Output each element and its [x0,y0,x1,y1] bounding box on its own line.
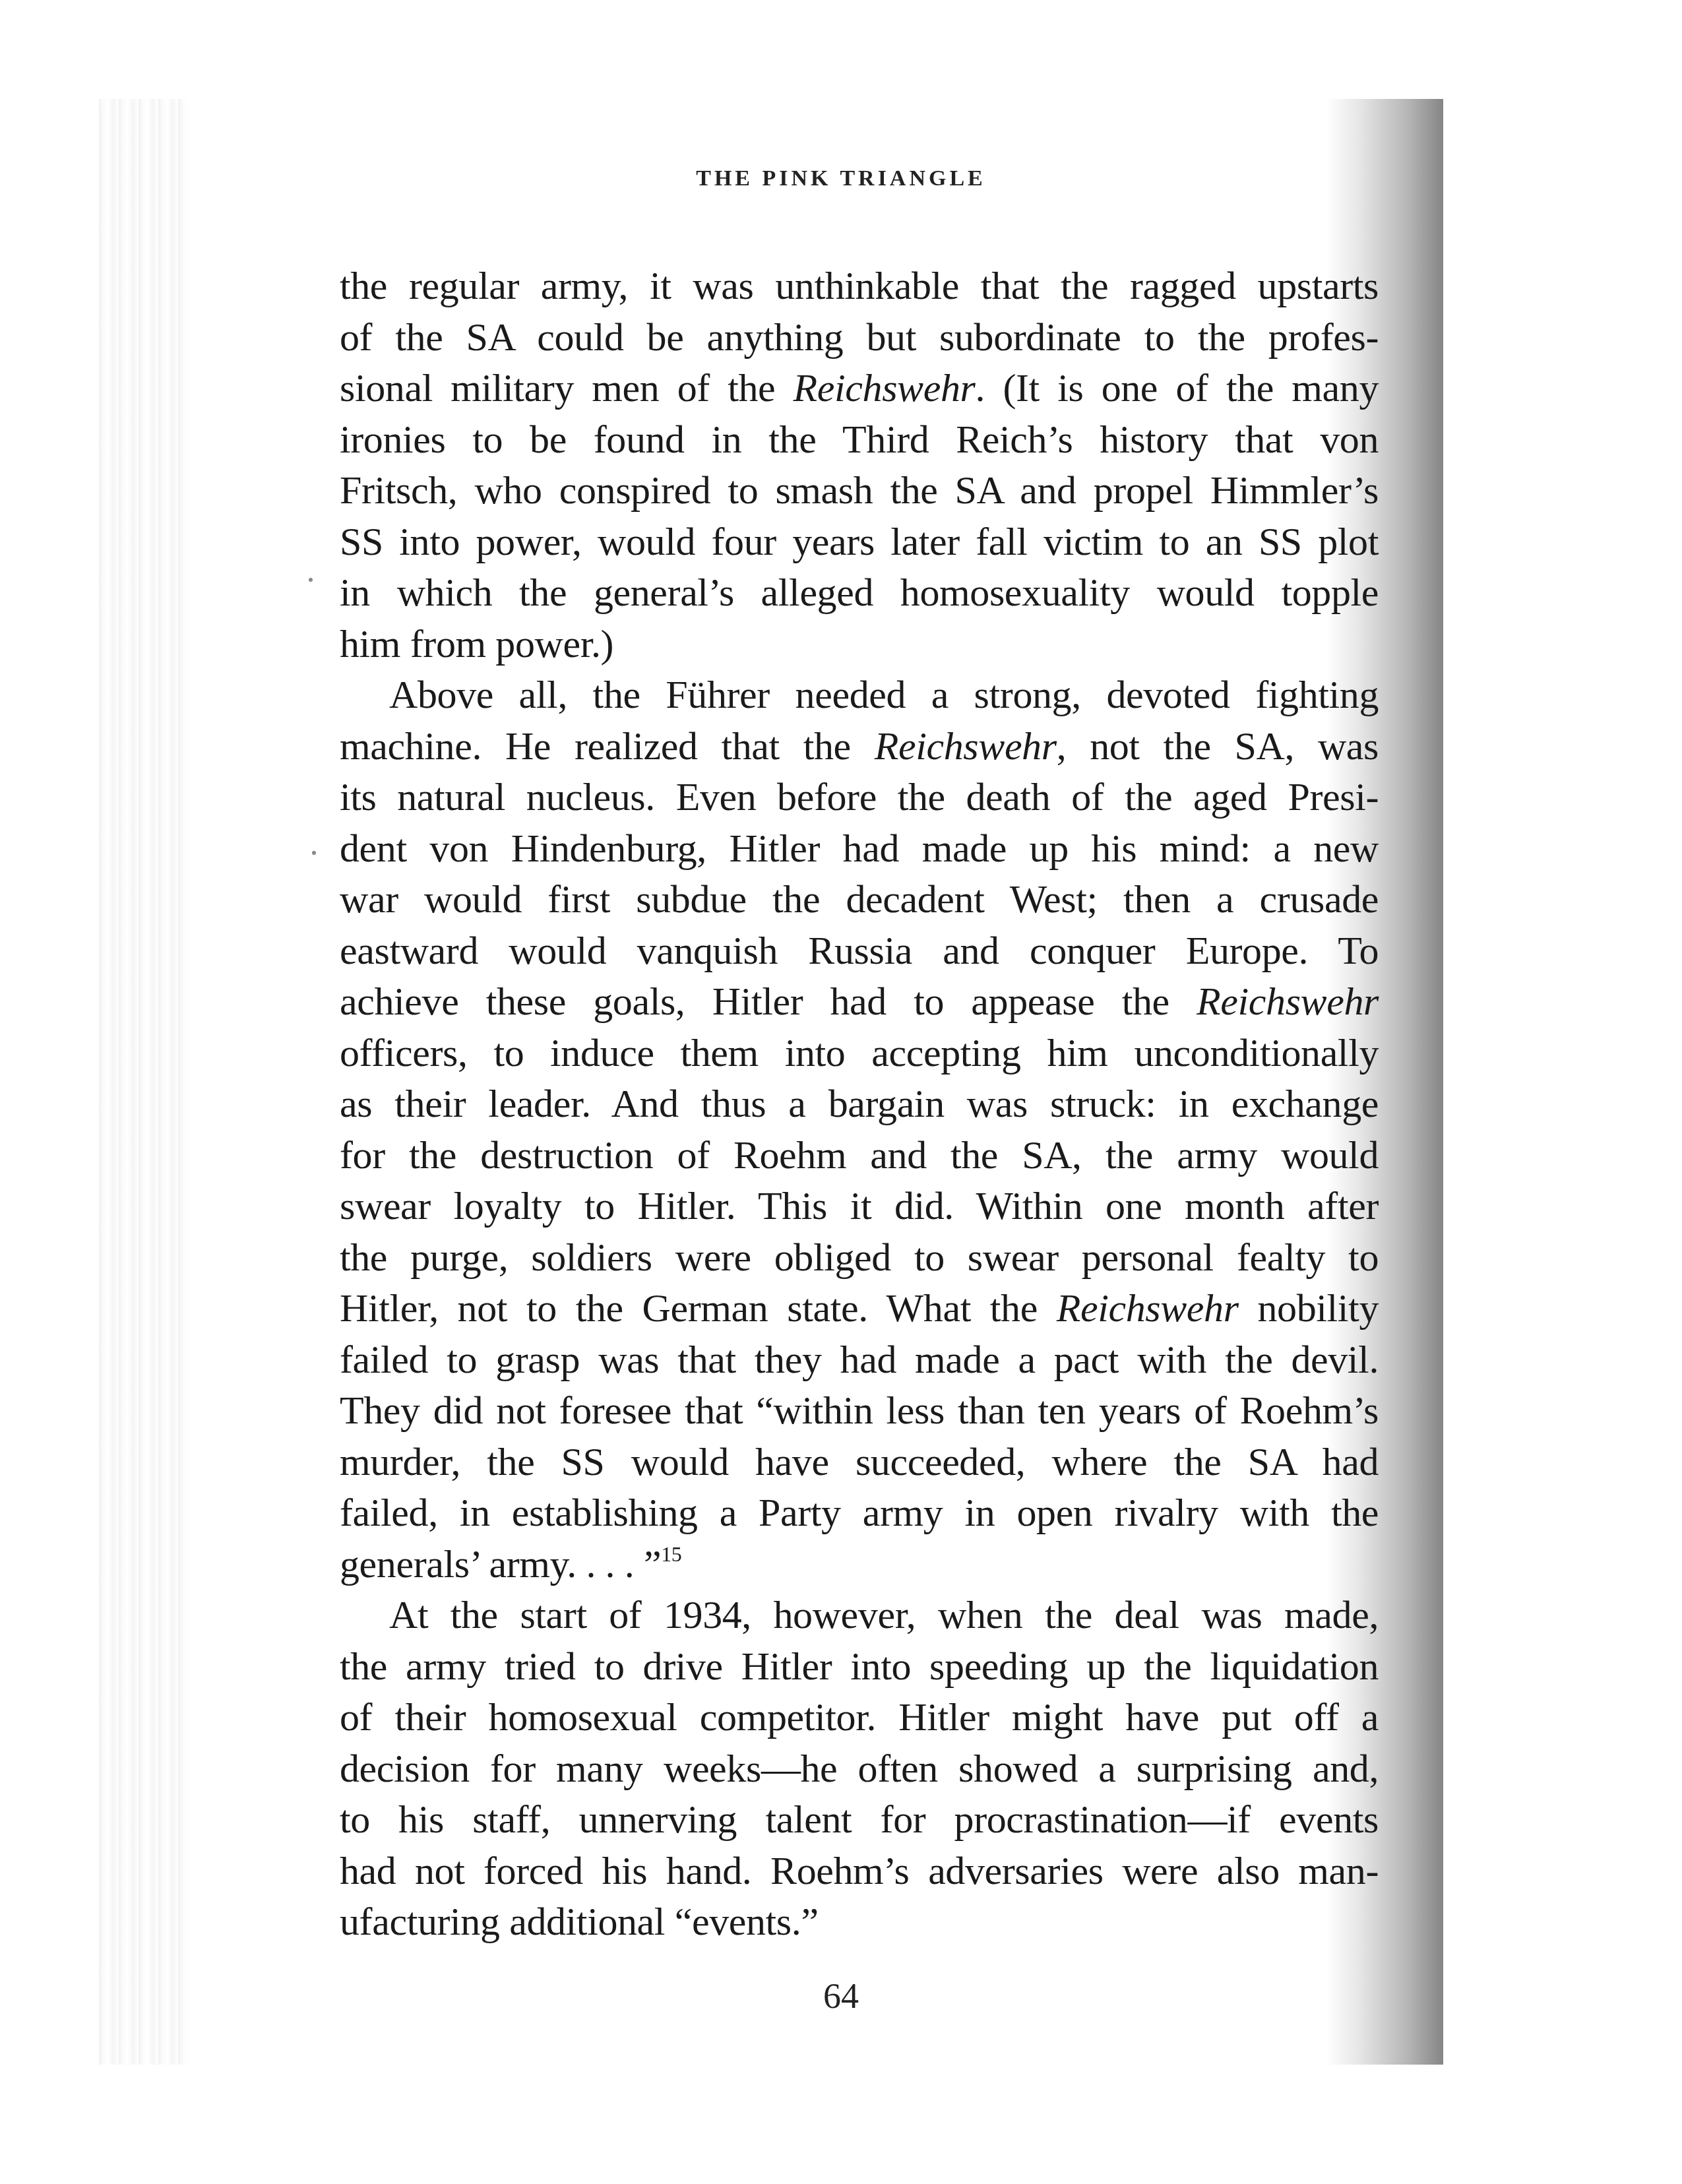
italic-term: Reichswehr [1057,1286,1239,1330]
text-line: had not forced his hand. Roehm’s adversa… [340,1846,1379,1897]
text-line: officers, to induce them into accepting … [340,1028,1379,1079]
text-line: At the start of 1934, however, when the … [340,1590,1379,1641]
stray-mark [312,851,316,855]
stray-mark [309,578,313,582]
text-line: machine. He realized that the Reichswehr… [340,721,1379,772]
text-line: of their homosexual competitor. Hitler m… [340,1692,1379,1743]
text-line: for the destruction of Roehm and the SA,… [340,1130,1379,1181]
running-head: THE PINK TRIANGLE [0,166,1682,191]
text-line: of the SA could be anything but subordin… [340,312,1379,363]
text-line: They did not foresee that “within less t… [340,1385,1379,1437]
body-text: the regular army, it was unthinkable tha… [340,261,1379,1948]
text-line: the regular army, it was unthinkable tha… [340,261,1379,312]
text-line: generals’ army. . . . ”15 [340,1539,1379,1590]
text-line: dent von Hindenburg, Hitler had made up … [340,823,1379,875]
text-line: to his staff, unnerving talent for procr… [340,1794,1379,1846]
text-line: Hitler, not to the German state. What th… [340,1283,1379,1334]
text-line: war would first subdue the decadent West… [340,874,1379,925]
footnote-marker: 15 [661,1542,681,1566]
text-line: him from power.) [340,619,1379,670]
page-number: 64 [0,1976,1682,2016]
text-line: the purge, soldiers were obliged to swea… [340,1232,1379,1284]
text-line: Fritsch, who conspired to smash the SA a… [340,465,1379,516]
scan-left-edge-streaks [99,99,188,2065]
text-line: Above all, the Führer needed a strong, d… [340,670,1379,721]
text-line: in which the general’s alleged homosexua… [340,567,1379,619]
text-line: achieve these goals, Hitler had to appea… [340,976,1379,1028]
paragraph: the regular army, it was unthinkable tha… [340,261,1379,670]
italic-term: Reichswehr [794,366,976,410]
text-line: ironies to be found in the Third Reich’s… [340,414,1379,466]
text-line: ufacturing additional “events.” [340,1896,1379,1948]
text-line: its natural nucleus. Even before the dea… [340,772,1379,823]
text-line: failed to grasp was that they had made a… [340,1334,1379,1386]
italic-term: Reichswehr [875,724,1057,768]
text-line: decision for many weeks—he often showed … [340,1743,1379,1795]
text-line: eastward would vanquish Russia and conqu… [340,925,1379,977]
text-line: SS into power, would four years later fa… [340,516,1379,568]
paragraph: At the start of 1934, however, when the … [340,1590,1379,1948]
text-line: murder, the SS would have succeeded, whe… [340,1437,1379,1488]
paragraph: Above all, the Führer needed a strong, d… [340,670,1379,1590]
text-line: failed, in establishing a Party army in … [340,1487,1379,1539]
text-line: the army tried to drive Hitler into spee… [340,1641,1379,1693]
text-line: sional military men of the Reichswehr. (… [340,363,1379,414]
text-line: swear loyalty to Hitler. This it did. Wi… [340,1181,1379,1232]
text-line: as their leader. And thus a bargain was … [340,1078,1379,1130]
italic-term: Reichswehr [1197,980,1379,1023]
